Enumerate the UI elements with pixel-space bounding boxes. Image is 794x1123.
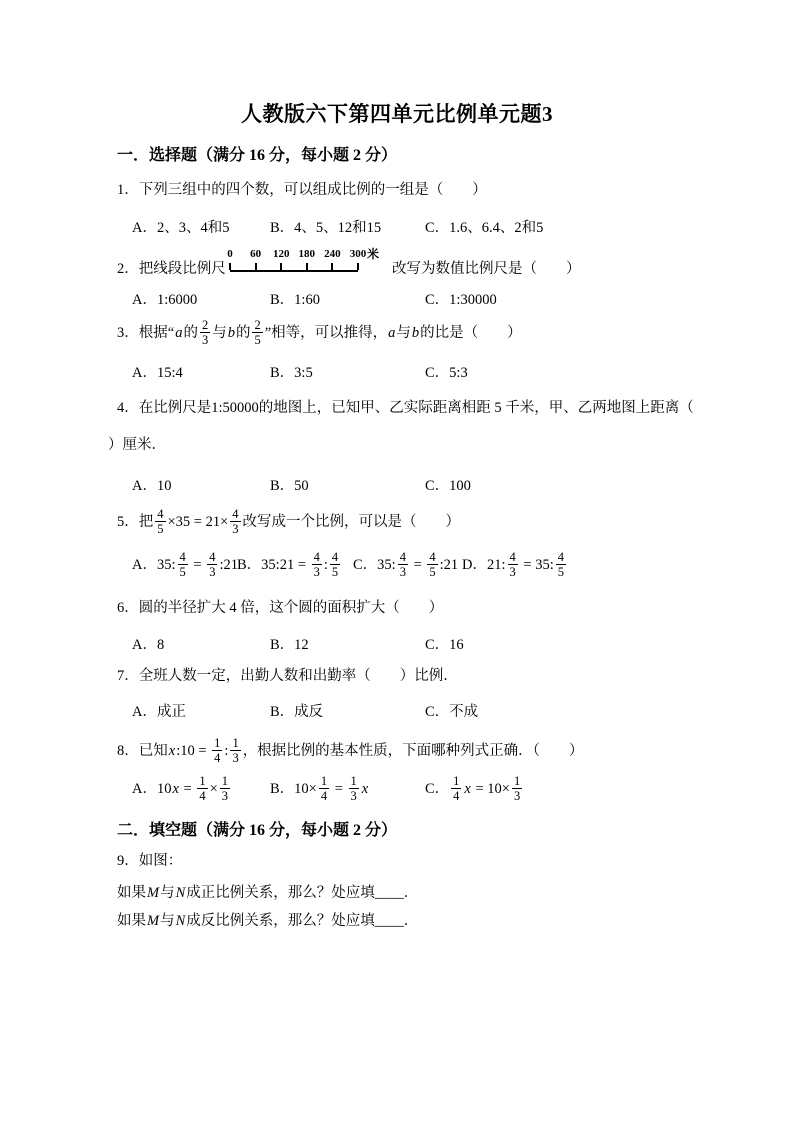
option-content: 10x = 14×13 xyxy=(157,781,232,797)
option-content: 50 xyxy=(294,478,309,494)
question-4-option-c: C．100 xyxy=(425,476,471,496)
option-content: 14x = 10×13 xyxy=(449,781,524,797)
fraction: 13 xyxy=(349,774,359,804)
question-6-option-a: A．8 xyxy=(132,635,164,655)
question-2-option-a: A．1:6000 xyxy=(132,290,197,310)
fraction: 14 xyxy=(451,774,461,804)
option-content: 1:6000 xyxy=(157,292,197,308)
option-label: B． xyxy=(270,478,294,494)
fraction: 45 xyxy=(427,550,437,580)
question-1-option-a: A．2、3、4和5 xyxy=(132,218,229,238)
math-variable: N xyxy=(175,885,187,901)
question-2-stem-pre: 2．把线段比例尺 xyxy=(117,257,226,278)
option-label: B． xyxy=(270,704,294,720)
option-label: A． xyxy=(132,557,157,573)
option-content: 1:60 xyxy=(294,292,320,308)
option-label: A． xyxy=(132,365,157,381)
math-variable: x xyxy=(361,781,369,797)
question-2-option-b: B．1:60 xyxy=(270,290,320,310)
option-label: A． xyxy=(132,292,157,308)
question-5-stem: 5．把45×35 = 21×43改写成一个比例，可以是（ ） xyxy=(117,502,460,542)
option-content: 10×14 = 13x xyxy=(294,781,369,797)
question-6-option-b: B．12 xyxy=(270,635,309,655)
fraction: 45 xyxy=(178,550,188,580)
question-5-option-d: D．21:43 = 35:45 xyxy=(462,545,568,585)
fraction: 43 xyxy=(207,550,217,580)
fraction: 43 xyxy=(398,550,408,580)
math-variable: x xyxy=(171,781,179,797)
question-8-option-a: A．10x = 14×13 xyxy=(132,769,232,809)
option-label: A． xyxy=(132,220,157,236)
question-3-option-c: C．5:3 xyxy=(425,363,468,383)
question-6-stem: 6．圆的半径扩大 4 倍，这个圆的面积扩大（ ） xyxy=(117,598,443,618)
option-label: A． xyxy=(132,781,157,797)
math-variable: a xyxy=(387,325,396,341)
question-8-option-c: C．14x = 10×13 xyxy=(425,769,524,809)
ruler-tick xyxy=(280,263,282,270)
option-label: D． xyxy=(462,557,487,573)
question-1-option-c: C．1.6、6.4、2和5 xyxy=(425,218,543,238)
ruler-tick-label: 180 xyxy=(299,248,316,260)
question-1-options: A．2、3、4和5 B．4、5、12和15 C．1.6、6.4、2和5 xyxy=(0,218,794,240)
option-content: 35:21 = 43:45 xyxy=(261,557,342,573)
question-8-option-b: B．10×14 = 13x xyxy=(270,769,369,809)
question-7-options: A．成正 B．成反 C．不成 xyxy=(0,702,794,724)
option-content: 12 xyxy=(294,637,309,653)
section-1-heading: 一．选择题（满分 16 分，每小题 2 分） xyxy=(117,145,397,167)
fraction: 45 xyxy=(330,550,340,580)
question-6-option-c: C．16 xyxy=(425,635,464,655)
option-label: C． xyxy=(425,365,449,381)
ruler-tick-label: 0 xyxy=(227,248,233,260)
question-2-options: A．1:6000 B．1:60 C．1:30000 xyxy=(0,290,794,312)
question-4-option-b: B．50 xyxy=(270,476,309,496)
option-content: 35:43 = 45:21 xyxy=(377,557,458,573)
fraction: 23 xyxy=(200,318,210,348)
option-label: C． xyxy=(425,704,449,720)
option-content: 不成 xyxy=(449,704,478,720)
math-variable: b xyxy=(227,325,236,341)
fraction: 43 xyxy=(312,550,322,580)
option-content: 100 xyxy=(449,478,471,494)
option-label: B． xyxy=(270,637,294,653)
fraction: 45 xyxy=(155,507,165,537)
ruler-tick-label: 120 xyxy=(273,248,290,260)
fraction: 13 xyxy=(220,774,230,804)
ruler-tick-label: 300 xyxy=(350,248,367,260)
fraction: 45 xyxy=(556,550,566,580)
option-content: 4、5、12和15 xyxy=(294,220,381,236)
ruler-tick xyxy=(331,263,333,270)
question-7-option-a: A．成正 xyxy=(132,702,186,722)
question-9-line-inverse: 如果M与N成反比例关系，那么？处应填____． xyxy=(117,911,418,931)
option-label: B． xyxy=(270,781,294,797)
option-label: C． xyxy=(425,220,449,236)
fraction: 14 xyxy=(212,736,222,766)
question-2-stem: 2．把线段比例尺 060120180240300米 改写为数值比例尺是（ ） xyxy=(117,245,794,279)
option-label: B． xyxy=(270,292,294,308)
option-content: 成反 xyxy=(294,704,323,720)
option-content: 15:4 xyxy=(157,365,183,381)
ruler-tick xyxy=(255,263,257,270)
option-content: 16 xyxy=(449,637,464,653)
option-content: 8 xyxy=(157,637,164,653)
math-variable: M xyxy=(146,913,160,929)
question-4-option-a: A．10 xyxy=(132,476,171,496)
ruler-tick-label: 60 xyxy=(250,248,261,260)
option-label: C． xyxy=(425,637,449,653)
ruler-tick-label: 240 xyxy=(324,248,341,260)
question-5-option-a: A．35:45 = 43:21 xyxy=(132,545,238,585)
question-8-stem: 8．已知x:10 = 14:13，根据比例的基本性质，下面哪种列式正确．（ ） xyxy=(117,731,583,771)
question-9-line-direct: 如果M与N成正比例关系，那么？处应填____． xyxy=(117,883,418,903)
question-6-options: A．8 B．12 C．16 xyxy=(0,635,794,657)
page-title: 人教版六下第四单元比例单元题3 xyxy=(0,101,794,127)
option-content: 成正 xyxy=(157,704,186,720)
question-5-option-c: C．35:43 = 45:21 xyxy=(353,545,458,585)
math-variable: x xyxy=(168,743,176,759)
option-content: 10 xyxy=(157,478,172,494)
question-7-option-b: B．成反 xyxy=(270,702,323,722)
option-label: A． xyxy=(132,704,157,720)
fraction: 13 xyxy=(230,736,240,766)
question-3-options: A．15:4 B．3:5 C．5:3 xyxy=(0,363,794,385)
option-label: C． xyxy=(353,557,377,573)
math-variable: x xyxy=(463,781,471,797)
fraction: 14 xyxy=(197,774,207,804)
ruler-tick xyxy=(357,263,359,270)
option-content: 3:5 xyxy=(294,365,313,381)
fraction: 43 xyxy=(508,550,518,580)
section-2-heading: 二．填空题（满分 16 分，每小题 2 分） xyxy=(117,820,397,842)
option-content: 21:43 = 35:45 xyxy=(487,557,568,573)
option-label: B． xyxy=(270,220,294,236)
math-variable: a xyxy=(174,325,183,341)
fraction: 25 xyxy=(252,318,262,348)
question-1-option-b: B．4、5、12和15 xyxy=(270,218,381,238)
ruler-tick xyxy=(306,263,308,270)
line-scale-ruler: 060120180240300米 xyxy=(230,248,358,272)
question-9-intro: 9．如图： xyxy=(117,851,182,871)
question-3-stem: 3．根据“a的23与b的25”相等，可以推得，a与b的比是（ ） xyxy=(117,313,522,353)
question-1-stem: 1．下列三组中的四个数，可以组成比例的一组是（ ） xyxy=(117,180,487,200)
option-label: C． xyxy=(425,781,449,797)
worksheet-page: 人教版六下第四单元比例单元题3 一．选择题（满分 16 分，每小题 2 分） 1… xyxy=(0,0,794,1123)
question-3-option-a: A．15:4 xyxy=(132,363,183,383)
option-label: C． xyxy=(425,292,449,308)
question-5-options: A．35:45 = 43:21 B．35:21 = 43:45 C．35:43 … xyxy=(0,545,794,587)
math-variable: N xyxy=(175,913,187,929)
fraction: 13 xyxy=(512,774,522,804)
question-8-options: A．10x = 14×13 B．10×14 = 13x C．14x = 10×1… xyxy=(0,769,794,811)
option-content: 1:30000 xyxy=(449,292,497,308)
question-7-option-c: C．不成 xyxy=(425,702,478,722)
fraction: 14 xyxy=(319,774,329,804)
question-2-stem-post: 改写为数值比例尺是（ ） xyxy=(392,257,581,278)
option-content: 1.6、6.4、2和5 xyxy=(449,220,543,236)
option-content: 2、3、4和5 xyxy=(157,220,230,236)
question-4-options: A．10 B．50 C．100 xyxy=(0,476,794,498)
option-content: 35:45 = 43:21 xyxy=(157,557,238,573)
question-4-stem-line-1: 4．在比例尺是1:50000的地图上，已知甲、乙实际距离相距 5 千米，甲、乙两… xyxy=(117,398,694,418)
question-2-option-c: C．1:30000 xyxy=(425,290,497,310)
option-label: A． xyxy=(132,637,157,653)
option-label: B． xyxy=(237,557,261,573)
math-variable: b xyxy=(411,325,420,341)
question-5-option-b: B．35:21 = 43:45 xyxy=(237,545,342,585)
option-label: A． xyxy=(132,478,157,494)
option-content: 5:3 xyxy=(449,365,468,381)
fraction: 43 xyxy=(230,507,240,537)
option-label: B． xyxy=(270,365,294,381)
question-7-stem: 7．全班人数一定，出勤人数和出勤率（ ）比例． xyxy=(117,666,458,686)
option-label: C． xyxy=(425,478,449,494)
ruler-tick xyxy=(229,263,231,270)
question-4-stem-line-2: ）厘米． xyxy=(108,435,166,455)
ruler-unit-label: 米 xyxy=(367,248,379,260)
math-variable: M xyxy=(146,885,160,901)
question-3-option-b: B．3:5 xyxy=(270,363,313,383)
